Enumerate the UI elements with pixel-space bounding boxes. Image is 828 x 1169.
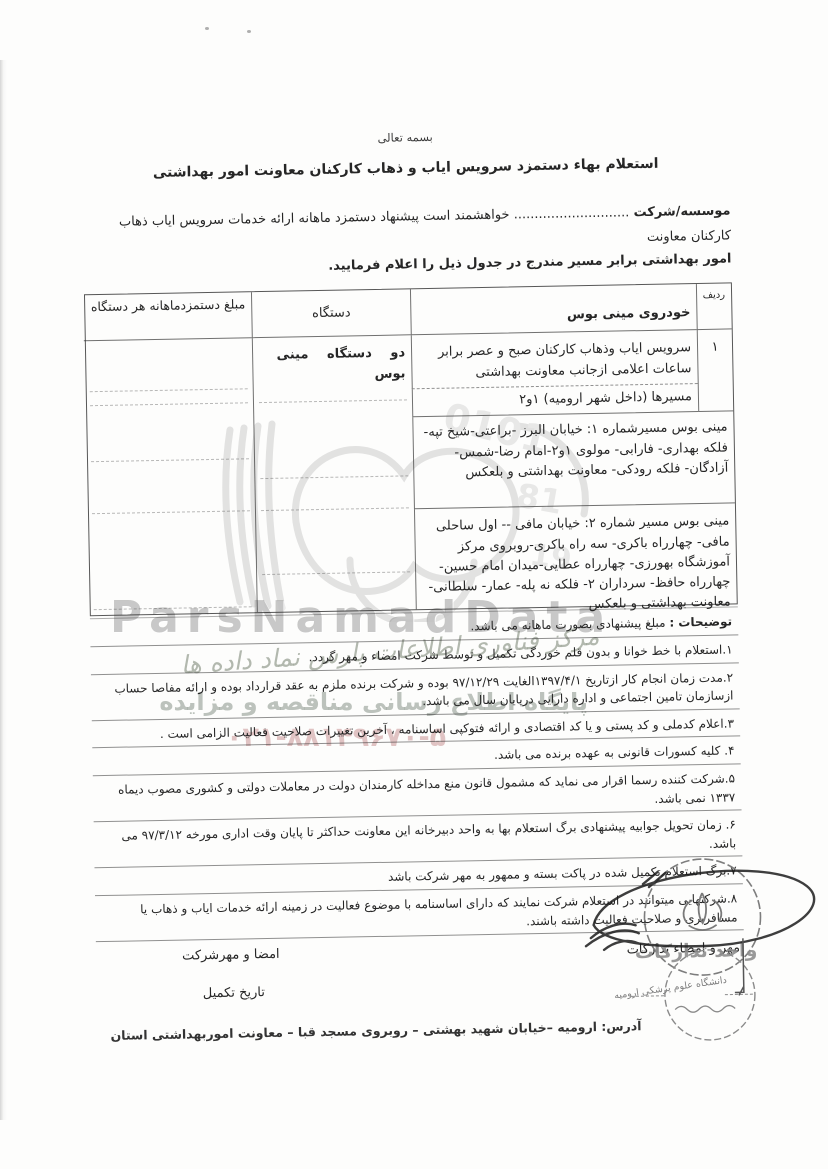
header-index: ردیف bbox=[696, 284, 732, 331]
bismillah: بسمه تعالی bbox=[81, 124, 729, 150]
device-count-cell: دو دستگاه مینی بوس bbox=[252, 336, 416, 613]
device-count: دو دستگاه مینی بوس bbox=[276, 346, 405, 382]
faint-scan-line bbox=[90, 389, 248, 393]
pricing-table: ردیف خودروی مینی بوس دستگاه مبلغ دستمزدم… bbox=[84, 283, 738, 617]
notes-label: توضیحات : bbox=[669, 615, 732, 630]
intro-paragraph: موسسه/شرکت ............................ … bbox=[82, 198, 731, 281]
amount-cell-empty bbox=[84, 339, 257, 616]
completion-date-label: تاریخ تکمیل bbox=[203, 985, 265, 1001]
org-label: موسسه/شرکت bbox=[633, 203, 730, 220]
row-index: ۱ bbox=[697, 330, 733, 413]
signature-block: مهر و امضاء تدارکات امضا و مهرشرکت تاریخ… bbox=[96, 931, 745, 1023]
route-2-description: مینی بوس مسیر شماره ۲: خیابان مافی -- او… bbox=[414, 504, 737, 610]
signature-company-label: امضا و مهرشرکت bbox=[182, 947, 280, 964]
conditions-section: توضیحات : مبلغ پیشنهادی بصورت ماهانه می … bbox=[90, 607, 744, 943]
header-amount: مبلغ دستمزدماهانه هر دستگاه bbox=[83, 293, 252, 342]
route-1-description: مینی بوس مسیرشماره ۱: خیابان البرز -براع… bbox=[412, 412, 735, 510]
faint-scan-line bbox=[259, 400, 408, 404]
header-device: دستگاه bbox=[251, 290, 411, 339]
scanned-inquiry-document: 0101 81 19 ParsNamadData مرکز فناوری اطل… bbox=[0, 0, 828, 1169]
page-title: استعلام بهاء دستمزد سرویس ایاب و ذهاب کا… bbox=[82, 154, 730, 182]
signature-procurement-label: مهر و امضاء تدارکات bbox=[626, 941, 740, 958]
intro-line2: امور بهداشتی برابر مسیر مندرج در جدول ذی… bbox=[83, 249, 731, 282]
header-vehicle: خودروی مینی بوس bbox=[410, 285, 697, 336]
org-dots: ............................ bbox=[514, 205, 630, 222]
notes-text: مبلغ پیشنهادی بصورت ماهانه می باشد. bbox=[470, 616, 665, 634]
service-description: سرویس ایاب وذهاب کارکنان صبح و عصر برابر… bbox=[411, 331, 698, 390]
